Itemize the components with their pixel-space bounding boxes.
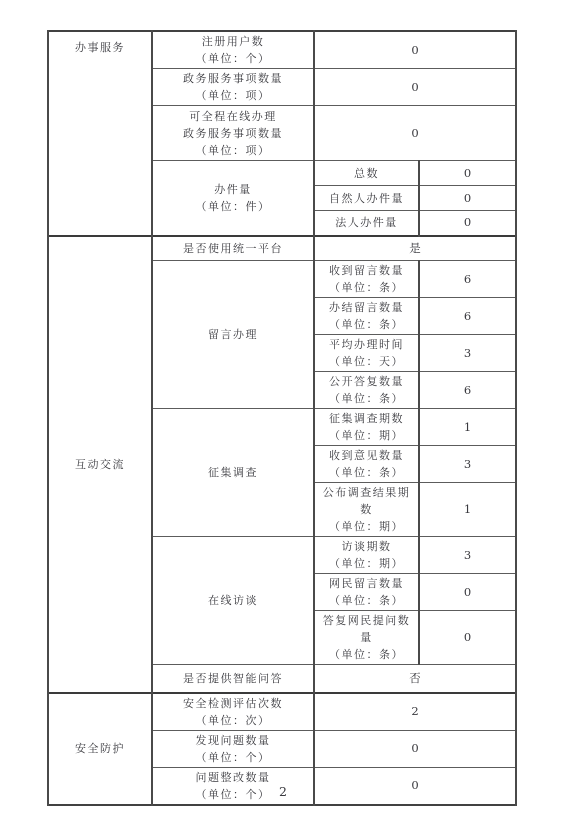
subindicator-cell: 征集调查期数 （单位：期）: [314, 409, 419, 446]
value-cell: 0: [314, 106, 516, 161]
indicator-cell: 是否使用统一平台: [152, 236, 314, 261]
subindicator-cell: 总数: [314, 161, 419, 186]
value-cell: 0: [314, 31, 516, 69]
value-cell: 3: [419, 537, 516, 574]
subindicator-cell: 答复网民提问数量 （单位：条）: [314, 611, 419, 665]
subindicator-cell: 访谈期数 （单位：期）: [314, 537, 419, 574]
subindicator-cell: 收到留言数量 （单位：条）: [314, 261, 419, 298]
indicator-label: 征集调查期数: [317, 410, 416, 427]
unit-label: （单位：条）: [317, 464, 416, 481]
indicator-cell: 可全程在线办理 政务服务事项数量 （单位：项）: [152, 106, 314, 161]
unit-label: （单位：件）: [155, 198, 311, 215]
indicator-label: 问题整改数量: [155, 769, 311, 786]
value-cell: 3: [419, 446, 516, 483]
indicator-label: 发现问题数量: [155, 732, 311, 749]
indicator-label: 答复网民提问数量: [317, 612, 416, 646]
value-cell: 0: [419, 186, 516, 211]
value-cell: 6: [419, 372, 516, 409]
value-cell: 0: [419, 611, 516, 665]
value-cell: 3: [419, 335, 516, 372]
indicator-label: 政务服务事项数量: [155, 125, 311, 142]
unit-label: （单位：个）: [155, 50, 311, 67]
table-row: 办事服务 注册用户数 （单位：个） 0: [48, 31, 516, 69]
value-cell: 2: [314, 693, 516, 731]
unit-label: （单位：条）: [317, 279, 416, 296]
indicator-label: 访谈期数: [317, 538, 416, 555]
document-page: 办事服务 注册用户数 （单位：个） 0 政务服务事项数量 （单位：项） 0 可全…: [0, 0, 566, 833]
value-cell: 否: [314, 665, 516, 693]
value-cell: 6: [419, 298, 516, 335]
unit-label: （单位：项）: [155, 142, 311, 159]
table-row: 安全防护 安全检测评估次数 （单位：次） 2: [48, 693, 516, 731]
unit-label: （单位：项）: [155, 87, 311, 104]
value-cell: 1: [419, 483, 516, 537]
group-cell: 征集调查: [152, 409, 314, 537]
value-cell: 0: [314, 69, 516, 106]
table-row: 互动交流 是否使用统一平台 是: [48, 236, 516, 261]
value-cell: 0: [419, 161, 516, 186]
value-cell: 0: [419, 574, 516, 611]
indicator-label: 公布调查结果期数: [317, 484, 416, 518]
unit-label: （单位：期）: [317, 427, 416, 444]
indicator-label: 平均办理时间: [317, 336, 416, 353]
statistics-table: 办事服务 注册用户数 （单位：个） 0 政务服务事项数量 （单位：项） 0 可全…: [47, 30, 517, 806]
category-cell: 办事服务: [48, 31, 152, 236]
subindicator-cell: 办结留言数量 （单位：条）: [314, 298, 419, 335]
indicator-label: 政务服务事项数量: [155, 70, 311, 87]
subindicator-cell: 法人办件量: [314, 211, 419, 236]
unit-label: （单位：条）: [317, 592, 416, 609]
indicator-cell: 安全检测评估次数 （单位：次）: [152, 693, 314, 731]
group-cell: 留言办理: [152, 261, 314, 409]
category-cell: 互动交流: [48, 236, 152, 693]
unit-label: （单位：期）: [317, 518, 416, 535]
indicator-cell: 政务服务事项数量 （单位：项）: [152, 69, 314, 106]
subindicator-cell: 网民留言数量 （单位：条）: [314, 574, 419, 611]
subindicator-cell: 平均办理时间 （单位：天）: [314, 335, 419, 372]
indicator-label: 公开答复数量: [317, 373, 416, 390]
indicator-label: 安全检测评估次数: [155, 695, 311, 712]
indicator-cell: 发现问题数量 （单位：个）: [152, 730, 314, 767]
subindicator-cell: 公开答复数量 （单位：条）: [314, 372, 419, 409]
unit-label: （单位：条）: [317, 316, 416, 333]
indicator-label: 注册用户数: [155, 33, 311, 50]
group-cell: 办件量 （单位：件）: [152, 161, 314, 236]
subindicator-cell: 收到意见数量 （单位：条）: [314, 446, 419, 483]
indicator-cell: 是否提供智能问答: [152, 665, 314, 693]
unit-label: （单位：期）: [317, 555, 416, 572]
indicator-label: 办结留言数量: [317, 299, 416, 316]
value-cell: 0: [419, 211, 516, 236]
unit-label: （单位：天）: [317, 353, 416, 370]
value-cell: 是: [314, 236, 516, 261]
indicator-label: 收到意见数量: [317, 447, 416, 464]
group-label: 办件量: [155, 181, 311, 198]
indicator-cell: 注册用户数 （单位：个）: [152, 31, 314, 69]
unit-label: （单位：条）: [317, 390, 416, 407]
value-cell: 0: [314, 730, 516, 767]
indicator-label: 可全程在线办理: [155, 108, 311, 125]
value-cell: 6: [419, 261, 516, 298]
unit-label: （单位：条）: [317, 646, 416, 663]
subindicator-cell: 自然人办件量: [314, 186, 419, 211]
indicator-label: 收到留言数量: [317, 262, 416, 279]
page-number: 2: [0, 784, 566, 799]
subindicator-cell: 公布调查结果期数 （单位：期）: [314, 483, 419, 537]
indicator-label: 网民留言数量: [317, 575, 416, 592]
unit-label: （单位：个）: [155, 749, 311, 766]
value-cell: 1: [419, 409, 516, 446]
group-cell: 在线访谈: [152, 537, 314, 665]
unit-label: （单位：次）: [155, 712, 311, 729]
